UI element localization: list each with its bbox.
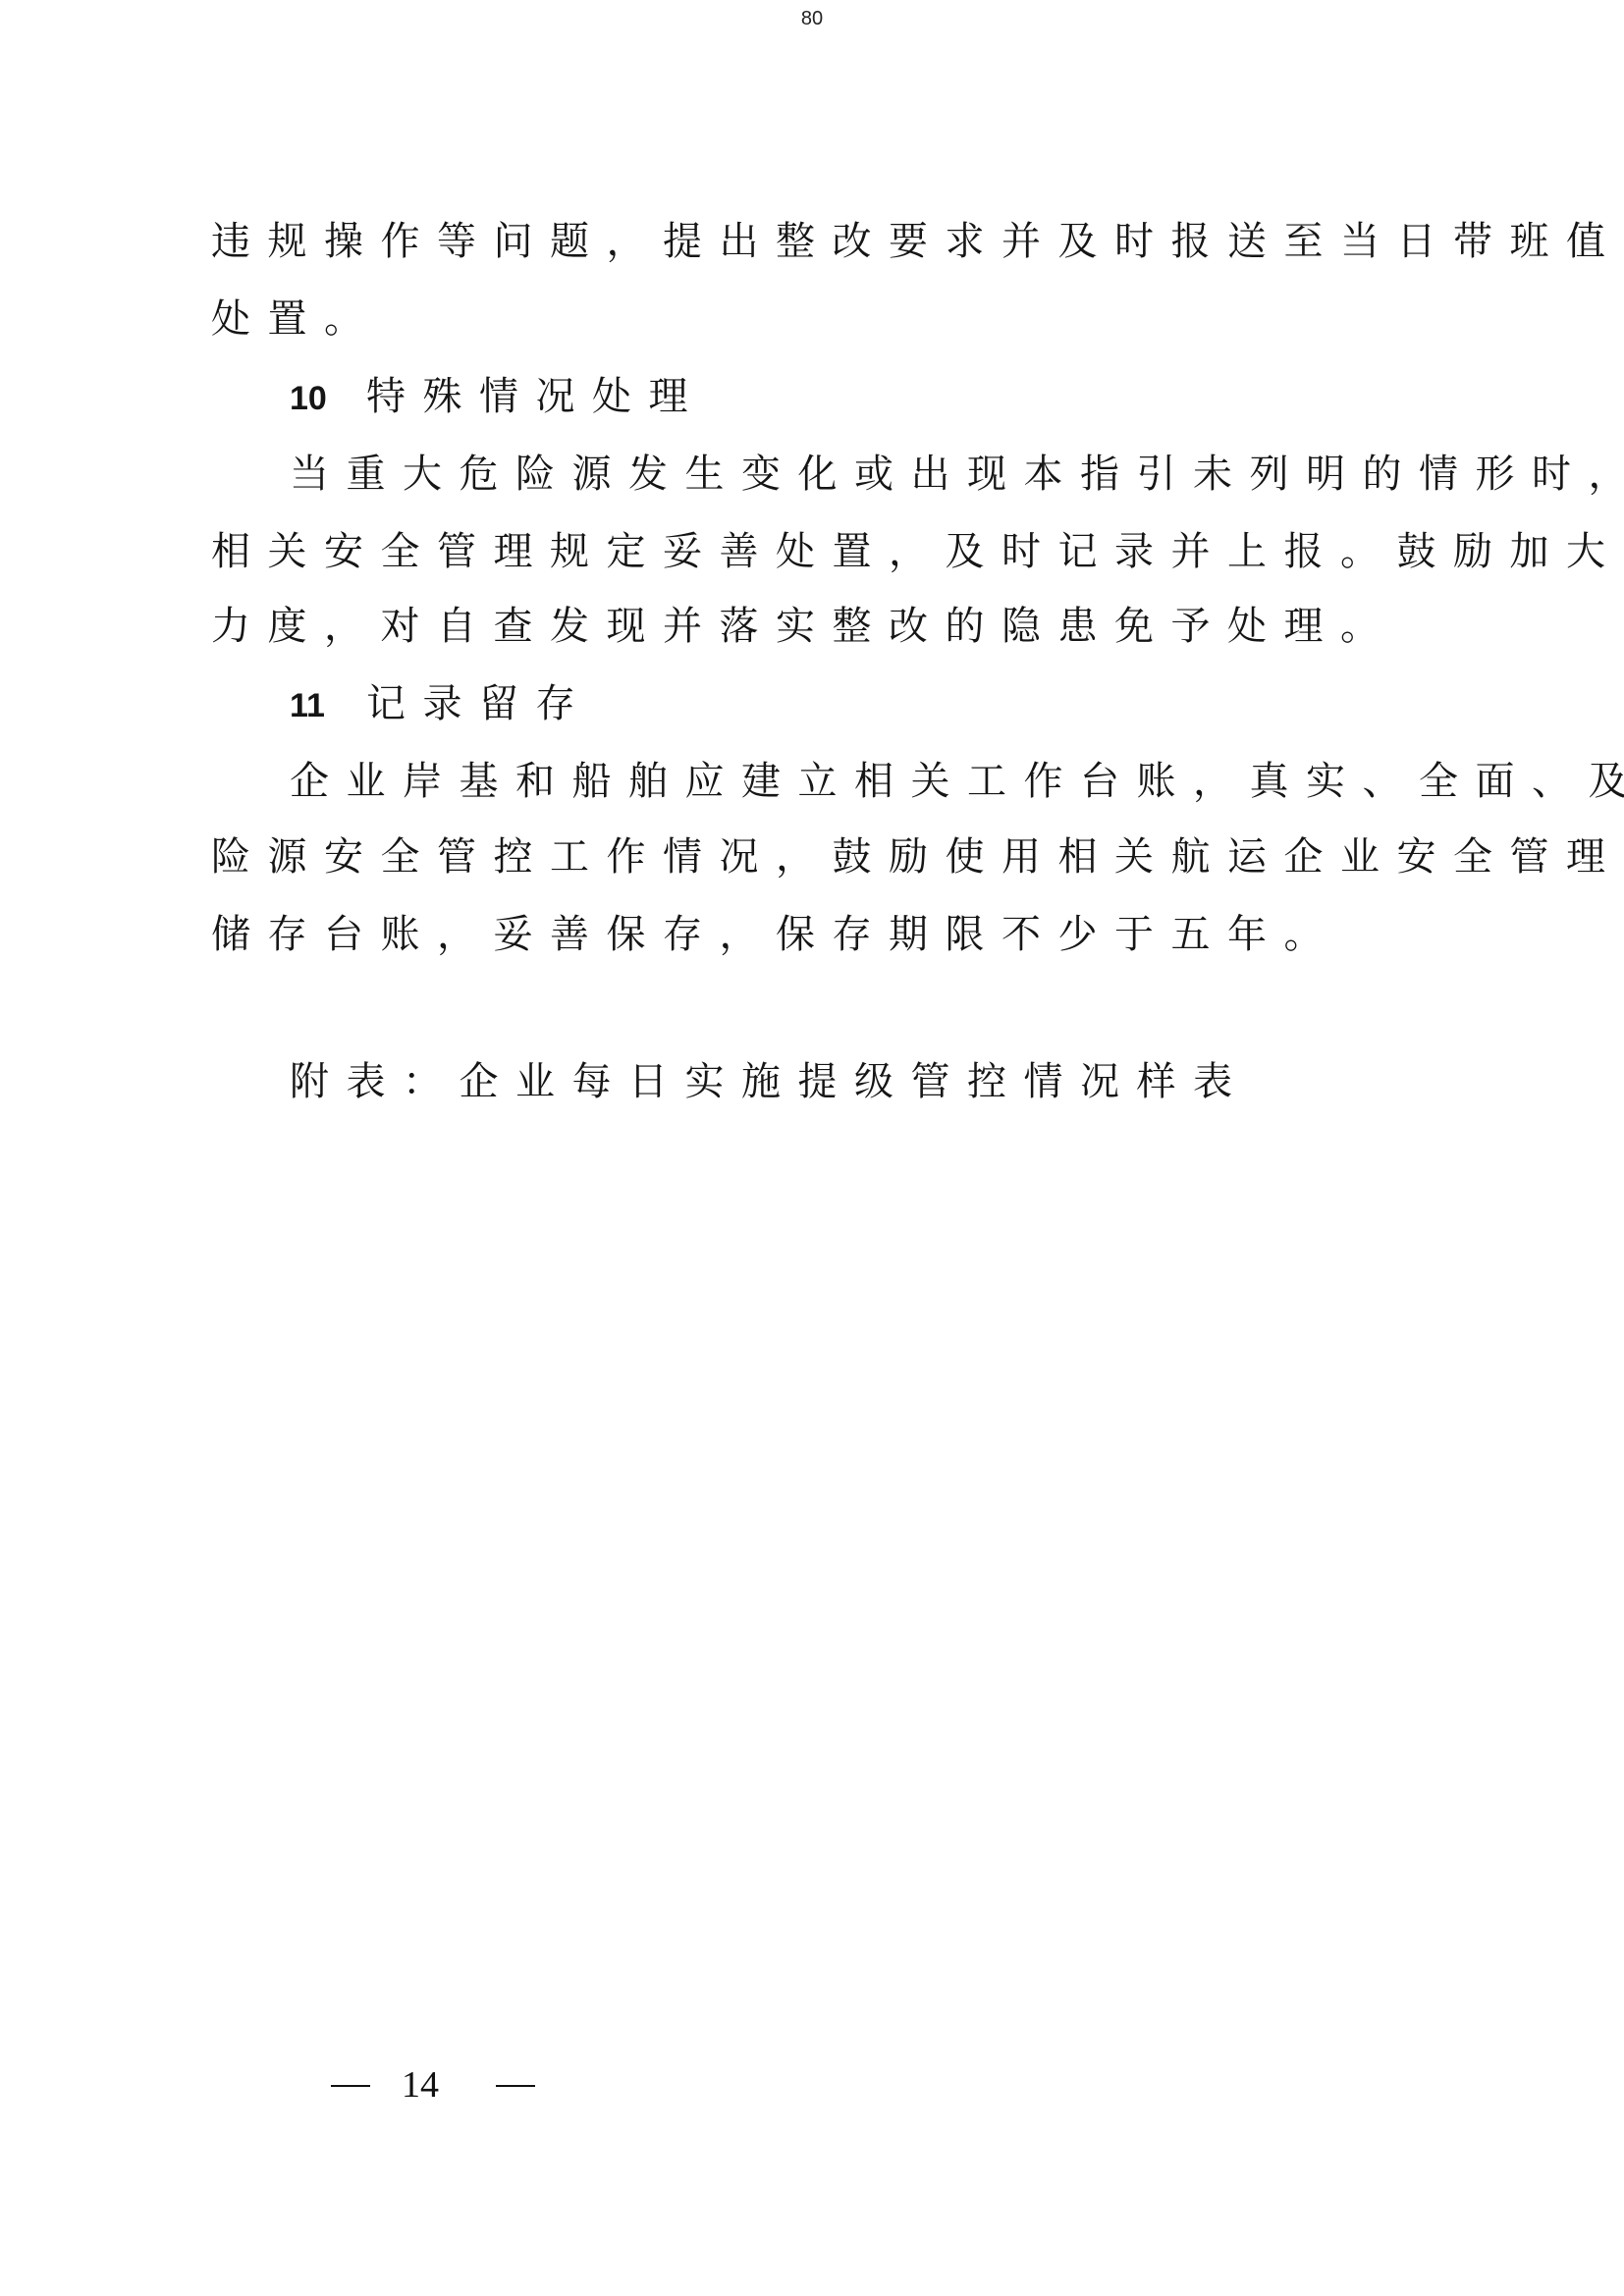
top-page-number: 80 (0, 8, 1624, 30)
section-10-number: 10 (290, 375, 366, 422)
section-10-para-line-3: 力度，对自查发现并落实整改的隐患免予处理。 (211, 603, 1397, 650)
dash-left (331, 2085, 370, 2087)
footer-page-number: 14 (331, 2063, 535, 2107)
section-11-number: 11 (290, 682, 366, 729)
section-11-para-line-2: 险源安全管控工作情况，鼓励使用相关航运企业安全管理数字化系统管理、 (211, 833, 1624, 881)
body-line-1: 违规操作等问题，提出整改要求并及时报送至当日带班值守负责人审核后 (211, 218, 1624, 265)
section-10-title: 特殊情况处理 (366, 373, 705, 420)
section-11-title: 记录留存 (366, 680, 592, 727)
attachment-note: 附表：企业每日实施提级管控情况样表 (290, 1058, 1250, 1105)
section-10-para-line-1: 当重大危险源发生变化或出现本指引未列明的情形时，参照本指引及 (290, 451, 1624, 498)
footer-page-number-value: 14 (402, 2063, 439, 2107)
section-11-heading: 11记录留存 (290, 680, 592, 729)
body-line-2: 处置。 (211, 295, 381, 343)
section-11-para-line-3: 储存台账，妥善保存，保存期限不少于五年。 (211, 911, 1340, 958)
section-11-para-line-1: 企业岸基和船舶应建立相关工作台账，真实、全面、及时记录重大危 (290, 758, 1624, 805)
section-10-para-line-2: 相关安全管理规定妥善处置，及时记录并上报。鼓励加大重大危险源自查 (211, 528, 1624, 575)
dash-right (496, 2085, 535, 2087)
section-10-heading: 10特殊情况处理 (290, 373, 705, 422)
